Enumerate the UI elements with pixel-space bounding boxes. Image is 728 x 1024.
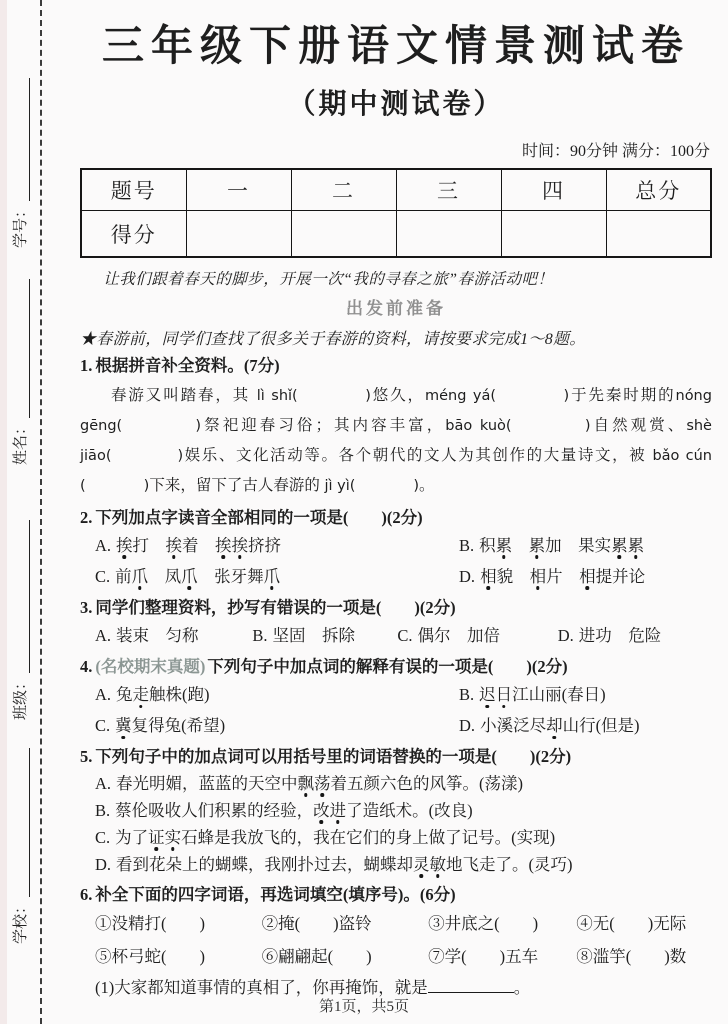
score-table-score-row: 得分 <box>81 211 711 258</box>
idiom-item-6: ⑥翩翩起( ) <box>262 943 429 967</box>
q3-option-d: D.进功 危险 <box>558 622 712 650</box>
score-cell-empty <box>396 211 501 258</box>
score-cell-empty <box>291 211 396 258</box>
paper-title: 三年级下册语文情景测试卷 <box>80 22 712 72</box>
q3-option-b: B.坚固 拆除 <box>252 622 397 650</box>
idiom-item-7: ⑦学( )五车 <box>428 943 576 967</box>
idiom-item-1: ①没精打( ) <box>95 910 262 934</box>
school-label: 学校： <box>9 899 30 944</box>
margin-field-class: 班级： <box>9 520 30 720</box>
question-4-source-tag: (名校期末真题) <box>95 657 205 676</box>
question-4-number: 4. <box>80 657 92 676</box>
option-label: B. <box>459 685 474 704</box>
option-text: 为了证实石蜂是我放飞的，我在它们的身上做了记号。(实现) <box>115 828 555 847</box>
score-cell-empty <box>186 211 291 258</box>
idiom-item-8: ⑧滥竽( )数 <box>576 943 712 967</box>
question-3-text: 同学们整理资料，抄写有错误的一项是( )(2分) <box>95 598 455 617</box>
option-label: B. <box>252 626 267 645</box>
option-label: D. <box>95 855 111 874</box>
score-table: 题号 一 二 三 四 总分 得分 <box>80 168 712 258</box>
score-col-total: 总分 <box>606 169 711 211</box>
question-5-stem: 5.下列句子中的加点词可以用括号里的词语替换的一项是( )(2分) <box>80 746 712 768</box>
class-label: 班级： <box>9 675 30 720</box>
question-6-number: 6. <box>80 885 92 904</box>
option-text: 迟日江山丽(春日) <box>479 685 606 704</box>
option-text: 兔走触株(跑) <box>116 685 210 704</box>
option-label: A. <box>95 536 111 555</box>
q5-option-b: B.蔡伦吸收人们积累的经验，改进了造纸术。(改良) <box>95 797 712 824</box>
question-5-text: 下列句子中的加点词可以用括号里的词语替换的一项是( )(2分) <box>95 747 571 766</box>
name-label: 姓名： <box>9 420 30 465</box>
option-label: D. <box>459 567 475 586</box>
question-2-text: 下列加点字读音全部相同的一项是( )(2分) <box>95 508 422 527</box>
score-cell-empty <box>606 211 711 258</box>
option-label: C. <box>397 626 412 645</box>
page-footer: 第1页，共5页 <box>0 995 728 1016</box>
margin-field-name: 姓名： <box>9 279 30 465</box>
q4-option-c: C.冀复得兔(希望) <box>95 712 459 740</box>
option-text: 冀复得兔(希望) <box>115 716 225 735</box>
question-5-number: 5. <box>80 747 92 766</box>
q4-option-a: A.兔走触株(跑) <box>95 681 459 709</box>
q5-option-a: A.春光明媚，蓝蓝的天空中飘荡着五颜六色的风筝。(荡漾) <box>95 770 712 797</box>
option-label: C. <box>95 567 110 586</box>
q2-option-b: B.积累 累加 果实累累 <box>459 532 712 560</box>
student-id-label: 学号： <box>9 203 30 248</box>
paper-content: 三年级下册语文情景测试卷 （期中测试卷） 时间：90分钟 满分：100分 题号 … <box>80 0 712 998</box>
page-edge <box>0 0 7 1024</box>
idiom-item-2: ②掩( )盗铃 <box>262 910 429 934</box>
star-note: ★春游前，同学们查找了很多关于春游的资料，请按要求完成1～8题。 <box>80 326 712 349</box>
margin-field-student-id: 学号： <box>9 78 30 248</box>
section-title: 出发前准备 <box>80 294 712 319</box>
question-3-stem: 3.同学们整理资料，抄写有错误的一项是( )(2分) <box>80 597 712 619</box>
time-score-meta: 时间：90分钟 满分：100分 <box>80 138 712 161</box>
score-col-1: 一 <box>186 169 291 211</box>
option-text: 进功 危险 <box>579 626 662 645</box>
option-text: 春光明媚，蓝蓝的天空中飘荡着五颜六色的风筝。(荡漾) <box>116 774 523 793</box>
q2-option-c: C.前爪 凤爪 张牙舞爪 <box>95 563 459 591</box>
fill-in-blank <box>428 975 514 993</box>
question-2-options: A.挨打 挨着 挨挨挤挤 B.积累 累加 果实累累 C.前爪 凤爪 张牙舞爪 D… <box>95 532 712 591</box>
score-col-2: 二 <box>291 169 396 211</box>
question-5-options: A.春光明媚，蓝蓝的天空中飘荡着五颜六色的风筝。(荡漾) B.蔡伦吸收人们积累的… <box>95 770 712 878</box>
option-label: B. <box>95 801 110 820</box>
q3-option-a: A.装束 匀称 <box>95 622 252 650</box>
school-blank <box>13 748 30 897</box>
question-1-number: 1. <box>80 356 92 375</box>
binding-cut-line <box>40 0 42 1024</box>
option-label: C. <box>95 828 110 847</box>
option-label: C. <box>95 716 110 735</box>
student-id-blank <box>13 78 30 201</box>
option-label: A. <box>95 626 111 645</box>
question-3-number: 3. <box>80 598 92 617</box>
score-table-header-row: 题号 一 二 三 四 总分 <box>81 169 711 211</box>
q5-option-d: D.看到花朵上的蝴蝶，我刚扑过去，蝴蝶却灵敏地飞走了。(灵巧) <box>95 851 712 878</box>
question-1-passage: 春游又叫踏春，其 lì shǐ( )悠久，méng yá( )于先秦时期的nón… <box>80 381 712 501</box>
option-text: 蔡伦吸收人们积累的经验，改进了造纸术。(改良) <box>115 801 473 820</box>
question-4-stem: 4.(名校期末真题)下列句子中加点词的解释有误的一项是( )(2分) <box>80 656 712 678</box>
margin-field-school: 学校： <box>9 748 30 944</box>
question-1-text: 根据拼音补全资料。(7分) <box>95 356 279 375</box>
score-row-label: 得分 <box>81 211 186 258</box>
question-2-stem: 2.下列加点字读音全部相同的一项是( )(2分) <box>80 507 712 529</box>
name-blank <box>13 279 30 418</box>
question-2-number: 2. <box>80 508 92 527</box>
q2-option-d: D.相貌 相片 相提并论 <box>459 563 712 591</box>
intro-text: 让我们跟着春天的脚步，开展一次“我的寻春之旅”春游活动吧！ <box>80 267 712 289</box>
option-label: B. <box>459 536 474 555</box>
option-label: D. <box>459 716 475 735</box>
idiom-item-4: ④无( )无际 <box>576 910 712 934</box>
option-text: 看到花朵上的蝴蝶，我刚扑过去，蝴蝶却灵敏地飞走了。(灵巧) <box>116 855 573 874</box>
q4-option-d: D.小溪泛尽却山行(但是) <box>459 712 712 740</box>
option-text: 积累 累加 果实累累 <box>479 536 644 555</box>
score-table-corner: 题号 <box>81 169 186 211</box>
idiom-item-3: ③井底之( ) <box>428 910 576 934</box>
option-text: 坚固 拆除 <box>272 626 355 645</box>
question-4-options: A.兔走触株(跑) B.迟日江山丽(春日) C.冀复得兔(希望) D.小溪泛尽却… <box>95 681 712 740</box>
score-cell-empty <box>501 211 606 258</box>
option-label: A. <box>95 774 111 793</box>
q4-option-b: B.迟日江山丽(春日) <box>459 681 712 709</box>
option-text: 前爪 凤爪 张牙舞爪 <box>115 567 280 586</box>
class-blank <box>13 520 30 673</box>
option-text: 小溪泛尽却山行(但是) <box>480 716 640 735</box>
option-text: 挨打 挨着 挨挨挤挤 <box>116 536 281 555</box>
option-text: 装束 匀称 <box>116 626 199 645</box>
option-label: A. <box>95 685 111 704</box>
question-6-idiom-items: ①没精打( ) ②掩( )盗铃 ③井底之( ) ④无( )无际 ⑤杯弓蛇( ) … <box>95 910 712 967</box>
question-4-text: 下列句子中加点词的解释有误的一项是( )(2分) <box>207 657 567 676</box>
score-col-4: 四 <box>501 169 606 211</box>
q5-option-c: C.为了证实石蜂是我放飞的，我在它们的身上做了记号。(实现) <box>95 824 712 851</box>
option-label: D. <box>558 626 574 645</box>
score-col-3: 三 <box>396 169 501 211</box>
question-1-stem: 1.根据拼音补全资料。(7分) <box>80 355 712 377</box>
option-text: 相貌 相片 相提并论 <box>480 567 645 586</box>
idiom-item-5: ⑤杯弓蛇( ) <box>95 943 262 967</box>
paper-subtitle: （期中测试卷） <box>80 82 712 122</box>
question-6-stem: 6.补全下面的四字词语，再选词填空(填序号)。(6分) <box>80 884 712 906</box>
q2-option-a: A.挨打 挨着 挨挨挤挤 <box>95 532 459 560</box>
option-text: 偶尔 加倍 <box>417 626 500 645</box>
q3-option-c: C.偶尔 加倍 <box>397 622 557 650</box>
question-3-options: A.装束 匀称 B.坚固 拆除 C.偶尔 加倍 D.进功 危险 <box>95 622 712 650</box>
question-6-text: 补全下面的四字词语，再选词填空(填序号)。(6分) <box>95 885 455 904</box>
